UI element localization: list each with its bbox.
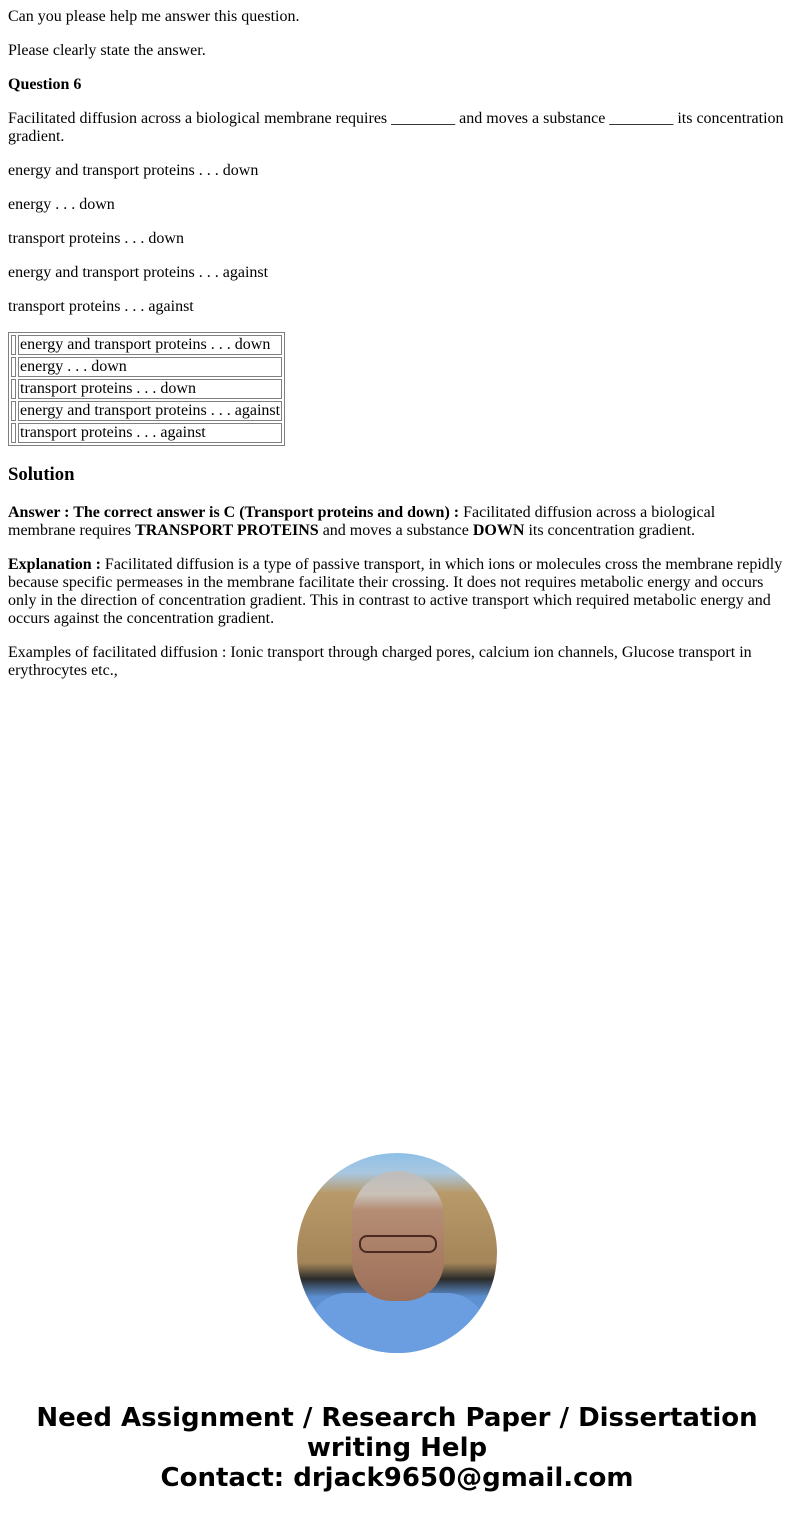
author-avatar xyxy=(297,1153,497,1353)
option-cell-empty xyxy=(11,379,16,399)
document-body: Can you please help me answer this quest… xyxy=(0,0,794,680)
option-cell-empty xyxy=(11,357,16,377)
explanation-paragraph: Explanation : Facilitated diffusion is a… xyxy=(8,556,786,628)
intro-request: Can you please help me answer this quest… xyxy=(8,8,786,26)
promo-contact: Contact: drjack9650@gmail.com xyxy=(0,1463,794,1493)
option-text: energy . . . down xyxy=(8,196,786,214)
option-cell: energy . . . down xyxy=(18,357,282,377)
promo-line: Need Assignment / Research Paper / Disse… xyxy=(0,1403,794,1433)
option-cell-empty xyxy=(11,423,16,443)
answer-text: and moves a substance xyxy=(319,522,473,539)
answer-emphasis: TRANSPORT PROTEINS xyxy=(135,522,319,539)
question-title: Question 6 xyxy=(8,76,786,94)
question-text: Facilitated diffusion across a biologica… xyxy=(8,110,786,146)
answer-label: Answer : The correct answer is C (Transp… xyxy=(8,504,459,521)
answer-paragraph: Answer : The correct answer is C (Transp… xyxy=(8,504,786,540)
answer-emphasis: DOWN xyxy=(473,522,525,539)
option-text: energy and transport proteins . . . down xyxy=(8,162,786,180)
solution-heading: Solution xyxy=(8,464,786,486)
avatar-glasses xyxy=(359,1235,437,1253)
option-cell-empty xyxy=(11,401,16,421)
promo-banner: Need Assignment / Research Paper / Disse… xyxy=(0,1403,794,1493)
options-table: energy and transport proteins . . . down… xyxy=(8,332,285,446)
table-row: transport proteins . . . down xyxy=(11,379,282,399)
explanation-label: Explanation : xyxy=(8,556,101,573)
avatar-shirt xyxy=(307,1293,487,1353)
option-text: transport proteins . . . down xyxy=(8,230,786,248)
option-cell: transport proteins . . . down xyxy=(18,379,282,399)
explanation-text: Facilitated diffusion is a type of passi… xyxy=(8,556,782,627)
intro-instruction: Please clearly state the answer. xyxy=(8,42,786,60)
option-cell: transport proteins . . . against xyxy=(18,423,282,443)
option-text: energy and transport proteins . . . agai… xyxy=(8,264,786,282)
option-cell-empty xyxy=(11,335,16,355)
examples-paragraph: Examples of facilitated diffusion : Ioni… xyxy=(8,644,786,680)
promo-line: writing Help xyxy=(0,1433,794,1463)
option-cell: energy and transport proteins . . . agai… xyxy=(18,401,282,421)
table-row: energy . . . down xyxy=(11,357,282,377)
answer-text: its concentration gradient. xyxy=(524,522,695,539)
table-row: transport proteins . . . against xyxy=(11,423,282,443)
option-text: transport proteins . . . against xyxy=(8,298,786,316)
option-cell: energy and transport proteins . . . down xyxy=(18,335,282,355)
table-row: energy and transport proteins . . . agai… xyxy=(11,401,282,421)
table-row: energy and transport proteins . . . down xyxy=(11,335,282,355)
